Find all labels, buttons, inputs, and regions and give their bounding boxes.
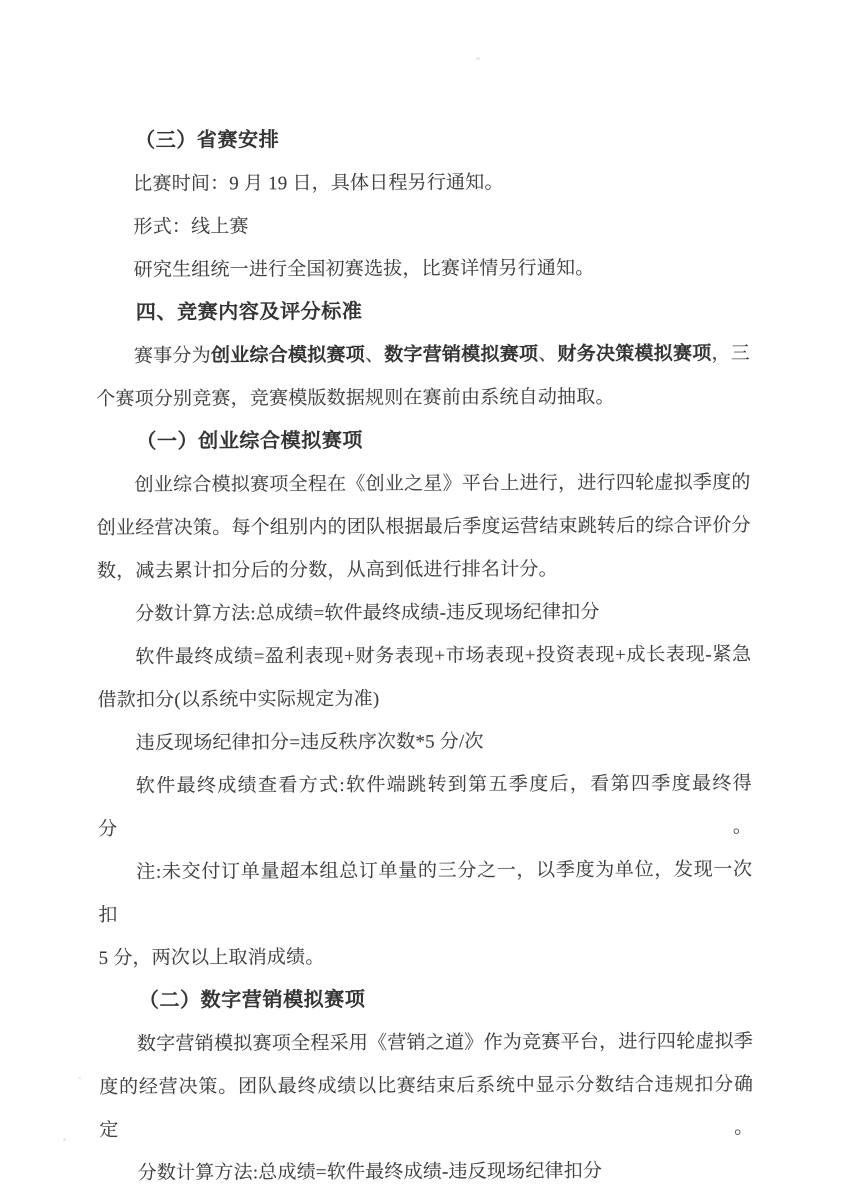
text-line: 违反现场纪律扣分=违反秩序次数*5 分/次: [98, 719, 752, 765]
regular-text: 度的经营决策。团队最终成绩以比赛结束后系统中显示分数结合违规扣分确定。: [99, 1074, 753, 1141]
regular-text: 、: [538, 344, 557, 365]
heading-line: （三）省赛安排: [95, 117, 749, 163]
bold-text: 数字营销模拟赛项: [384, 344, 538, 366]
text-line: 比赛时间：9 月 19 日，具体日程另行通知。: [95, 160, 749, 206]
regular-text: 创业经营决策。每个组别内的团队根据最后季度运营结束跳转后的综合评价分: [97, 515, 751, 539]
document-body: （三）省赛安排比赛时间：9 月 19 日，具体日程另行通知。形式：线上赛研究生组…: [95, 117, 754, 1195]
regular-text: 研究生组统一进行全国初赛选拔，比赛详情另行通知。: [134, 258, 595, 281]
bold-text: （二）数字营销模拟赛项: [139, 989, 366, 1012]
scan-speck: [78, 1077, 81, 1079]
bold-text: （三）省赛安排: [135, 129, 279, 152]
heading-line: 四、竞赛内容及评分标准: [96, 289, 750, 335]
text-line: 创业经营决策。每个组别内的团队根据最后季度运营结束跳转后的综合评价分: [97, 504, 751, 550]
bold-text: 四、竞赛内容及评分标准: [136, 301, 363, 324]
regular-text: 形式：线上赛: [133, 216, 248, 238]
text-line: 赛事分为创业综合模拟赛项、数字营销模拟赛项、财务决策模拟赛项，三: [96, 332, 750, 378]
regular-text: 比赛时间：9 月 19 日，具体日程另行通知。: [133, 172, 503, 195]
document-page: （三）省赛安排比赛时间：9 月 19 日，具体日程另行通知。形式：线上赛研究生组…: [0, 0, 849, 1200]
text-line: 分数计算方法:总成绩=软件最终成绩-违反现场纪律扣分: [100, 1149, 754, 1195]
regular-text: 、: [365, 345, 384, 366]
text-line: 软件最终成绩查看方式:软件端跳转到第五季度后，看第四季度最终得分。: [98, 762, 752, 851]
regular-text: 注:未交付订单量超本组总订单量的三分之一，以季度为单位，发现一次扣: [98, 859, 752, 926]
text-line: 形式：线上赛: [95, 203, 749, 249]
regular-text: 个赛项分别竞赛，竞赛模版数据规则在赛前由系统自动抽取。: [96, 387, 614, 410]
text-line: 数，减去累计扣分后的分数，从高到低进行排名计分。: [97, 547, 751, 593]
bold-text: 创业综合模拟赛项: [211, 345, 365, 367]
text-line: 5 分，两次以上取消成绩。: [99, 934, 753, 980]
regular-text: 数，减去累计扣分后的分数，从高到低进行排名计分。: [97, 559, 558, 582]
text-line: 度的经营决策。团队最终成绩以比赛结束后系统中显示分数结合违规扣分确定。: [99, 1063, 753, 1152]
text-line: 注:未交付订单量超本组总订单量的三分之一，以季度为单位，发现一次扣: [98, 848, 752, 937]
bold-text: （一）创业综合模拟赛项: [136, 430, 363, 453]
text-line: 分数计算方法:总成绩=软件最终成绩-违反现场纪律扣分: [97, 590, 751, 636]
scan-speck: [63, 1138, 66, 1141]
text-line: 借款扣分(以系统中实际规定为准): [97, 676, 751, 722]
scan-speck: [476, 57, 480, 60]
bold-text: 财务决策模拟赛项: [557, 343, 711, 365]
text-line: 研究生组统一进行全国初赛选拔，比赛详情另行通知。: [96, 246, 750, 292]
text-line: 个赛项分别竞赛，竞赛模版数据规则在赛前由系统自动抽取。: [96, 375, 750, 421]
regular-text: 分数计算方法:总成绩=软件最终成绩-违反现场纪律扣分: [135, 602, 600, 625]
text-line: 创业综合模拟赛项全程在《创业之星》平台上进行，进行四轮虚拟季度的: [97, 461, 751, 507]
regular-text: ，三: [711, 343, 750, 364]
regular-text: 数字营销模拟赛项全程采用《营销之道》作为竞赛平台，进行四轮虚拟季: [137, 1031, 753, 1055]
regular-text: 创业综合模拟赛项全程在《创业之星》平台上进行，进行四轮虚拟季度的: [135, 472, 751, 496]
regular-text: 软件最终成绩查看方式:软件端跳转到第五季度后，看第四季度最终得分。: [98, 773, 752, 840]
heading-line: （一）创业综合模拟赛项: [96, 418, 750, 464]
regular-text: 5 分，两次以上取消成绩。: [99, 947, 325, 969]
regular-text: 借款扣分(以系统中实际规定为准): [97, 689, 379, 711]
heading-line: （二）数字营销模拟赛项: [99, 977, 753, 1023]
text-line: 数字营销模拟赛项全程采用《营销之道》作为竞赛平台，进行四轮虚拟季: [99, 1020, 753, 1066]
regular-text: 软件最终成绩=盈利表现+财务表现+市场表现+投资表现+成长表现-紧急: [135, 644, 751, 668]
text-line: 软件最终成绩=盈利表现+财务表现+市场表现+投资表现+成长表现-紧急: [97, 633, 751, 679]
regular-text: 赛事分为: [134, 345, 211, 366]
regular-text: 分数计算方法:总成绩=软件最终成绩-违反现场纪律扣分: [138, 1161, 603, 1184]
regular-text: 违反现场纪律扣分=违反秩序次数*5 分/次: [136, 731, 484, 754]
